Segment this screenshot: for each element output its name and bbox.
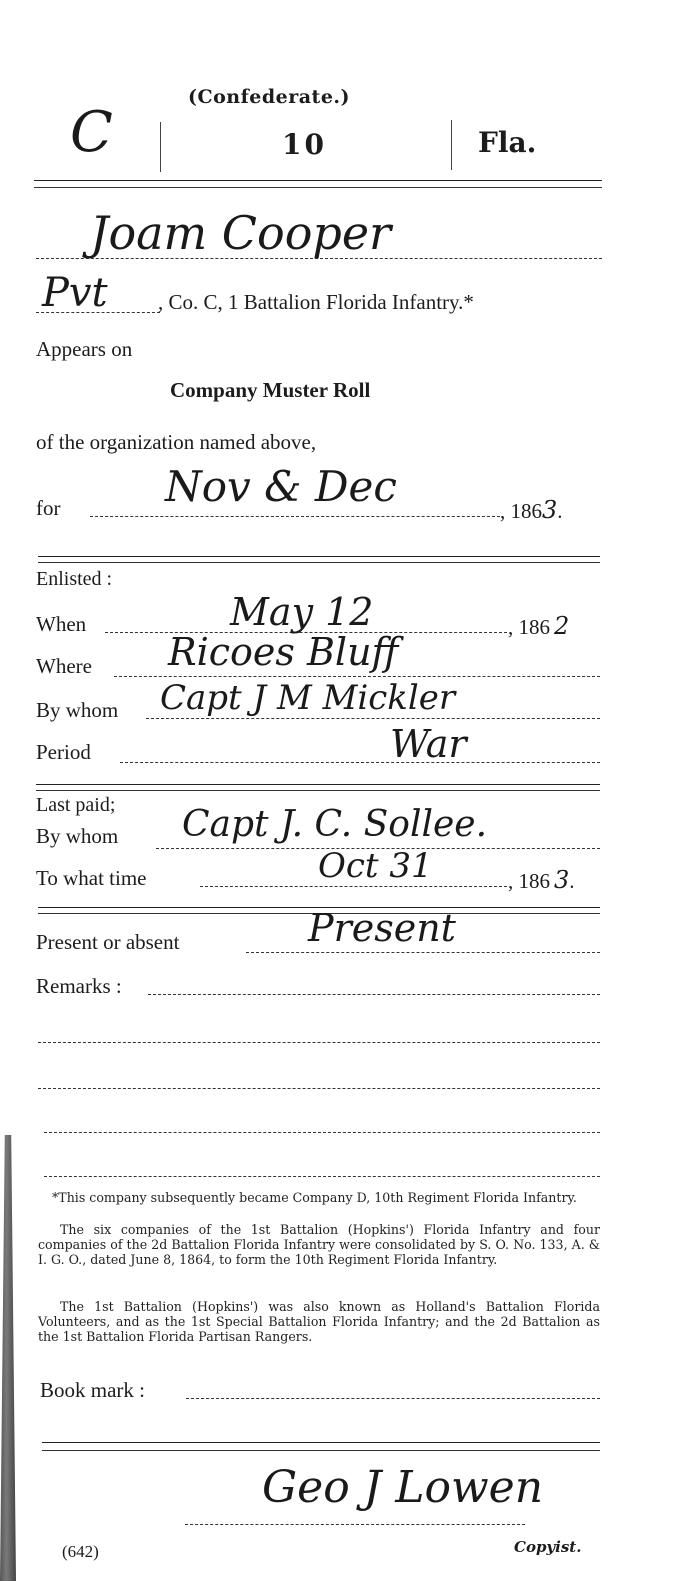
enlisted-year-suffix[interactable]: 2 — [554, 612, 569, 640]
soldier-name[interactable]: Joam Cooper — [90, 206, 391, 260]
enlisted-period-value[interactable]: War — [390, 722, 467, 766]
last-paid-by-whom-value[interactable]: Capt J. C. Sollee. — [182, 804, 487, 845]
book-mark-label: Book mark : — [40, 1378, 145, 1403]
remarks-line-1[interactable] — [148, 994, 600, 995]
to-what-time-line — [200, 886, 507, 887]
remarks-line-3[interactable] — [38, 1088, 600, 1089]
for-year-prefix: , 186 — [500, 499, 542, 523]
remarks-line-2[interactable] — [38, 1042, 600, 1043]
enlisted-by-whom-line — [146, 718, 600, 719]
paid-year-prefix: , 186 — [508, 869, 550, 893]
company-letter: C — [70, 100, 113, 165]
name-line — [36, 258, 602, 259]
organization-label: of the organization named above, — [36, 430, 316, 455]
to-what-time-year: , 1863. — [508, 866, 575, 894]
enlisted-when-year: , 1862 — [508, 612, 569, 640]
regiment-number: 10 — [282, 128, 327, 161]
enlisted-where-value[interactable]: Ricoes Bluff — [168, 630, 398, 674]
binding-edge — [0, 1135, 16, 1581]
enlisted-period-line — [120, 762, 600, 763]
enlisted-by-whom-label: By whom — [36, 698, 118, 723]
present-or-absent-line — [246, 952, 600, 953]
state-abbrev: Fla. — [478, 126, 536, 159]
to-what-time-value[interactable]: Oct 31 — [318, 846, 433, 886]
for-year-end: . — [557, 499, 562, 523]
footnote-battalion-names: The 1st Battalion (Hopkins') was also kn… — [38, 1299, 600, 1344]
enlisted-period-label: Period — [36, 740, 91, 765]
header-divider-left — [160, 122, 161, 172]
for-label: for — [36, 496, 61, 521]
muster-period-value[interactable]: Nov & Dec — [165, 462, 397, 511]
unit-text: , Co. C, 1 Battalion Florida Infantry.* — [158, 290, 474, 315]
paid-year-end: . — [569, 869, 574, 893]
enlisted-where-line — [114, 676, 600, 677]
form-number: (642) — [62, 1542, 99, 1562]
present-or-absent-value[interactable]: Present — [308, 906, 456, 950]
section-rule-2b — [36, 790, 600, 791]
to-what-time-label: To what time — [36, 866, 147, 891]
paid-year-suffix[interactable]: 3 — [554, 866, 569, 894]
section-rule-1a — [38, 556, 600, 557]
copyist-line — [185, 1524, 525, 1525]
copyist-label: Copyist. — [514, 1538, 581, 1556]
enlisted-when-value[interactable]: May 12 — [230, 590, 373, 634]
enlisted-when-label: When — [36, 612, 86, 637]
rank-line — [36, 312, 160, 313]
footnote-company: *This company subsequently became Compan… — [38, 1190, 600, 1205]
enlisted-heading: Enlisted : — [36, 568, 112, 591]
appears-on-label: Appears on — [36, 337, 132, 362]
for-year-suffix[interactable]: 3 — [542, 496, 557, 524]
footnote-consolidation: The six companies of the 1st Battalion (… — [38, 1222, 600, 1267]
last-paid-heading: Last paid; — [36, 794, 115, 817]
soldier-rank[interactable]: Pvt — [42, 270, 108, 316]
footer-rule-b — [42, 1450, 600, 1451]
document-title: (Confederate.) — [188, 86, 350, 108]
section-rule-2a — [36, 784, 600, 785]
header-divider-right — [451, 120, 452, 170]
enlisted-year-prefix: , 186 — [508, 615, 550, 639]
roll-type: Company Muster Roll — [170, 378, 370, 403]
enlisted-where-label: Where — [36, 654, 92, 679]
for-year: , 1863. — [500, 496, 563, 524]
book-mark-line[interactable] — [186, 1398, 600, 1399]
remarks-label: Remarks : — [36, 974, 122, 999]
for-line — [90, 516, 500, 517]
remarks-line-5[interactable] — [44, 1176, 600, 1177]
copyist-signature[interactable]: Geo J Lowen — [262, 1462, 543, 1513]
remarks-line-4[interactable] — [44, 1132, 600, 1133]
enlisted-by-whom-value[interactable]: Capt J M Mickler — [160, 678, 455, 718]
footer-rule-a — [42, 1442, 600, 1443]
header-rule-top — [34, 180, 602, 181]
header-rule-bottom — [34, 187, 602, 188]
section-rule-1b — [38, 562, 600, 563]
last-paid-by-whom-label: By whom — [36, 824, 118, 849]
present-or-absent-label: Present or absent — [36, 930, 179, 955]
